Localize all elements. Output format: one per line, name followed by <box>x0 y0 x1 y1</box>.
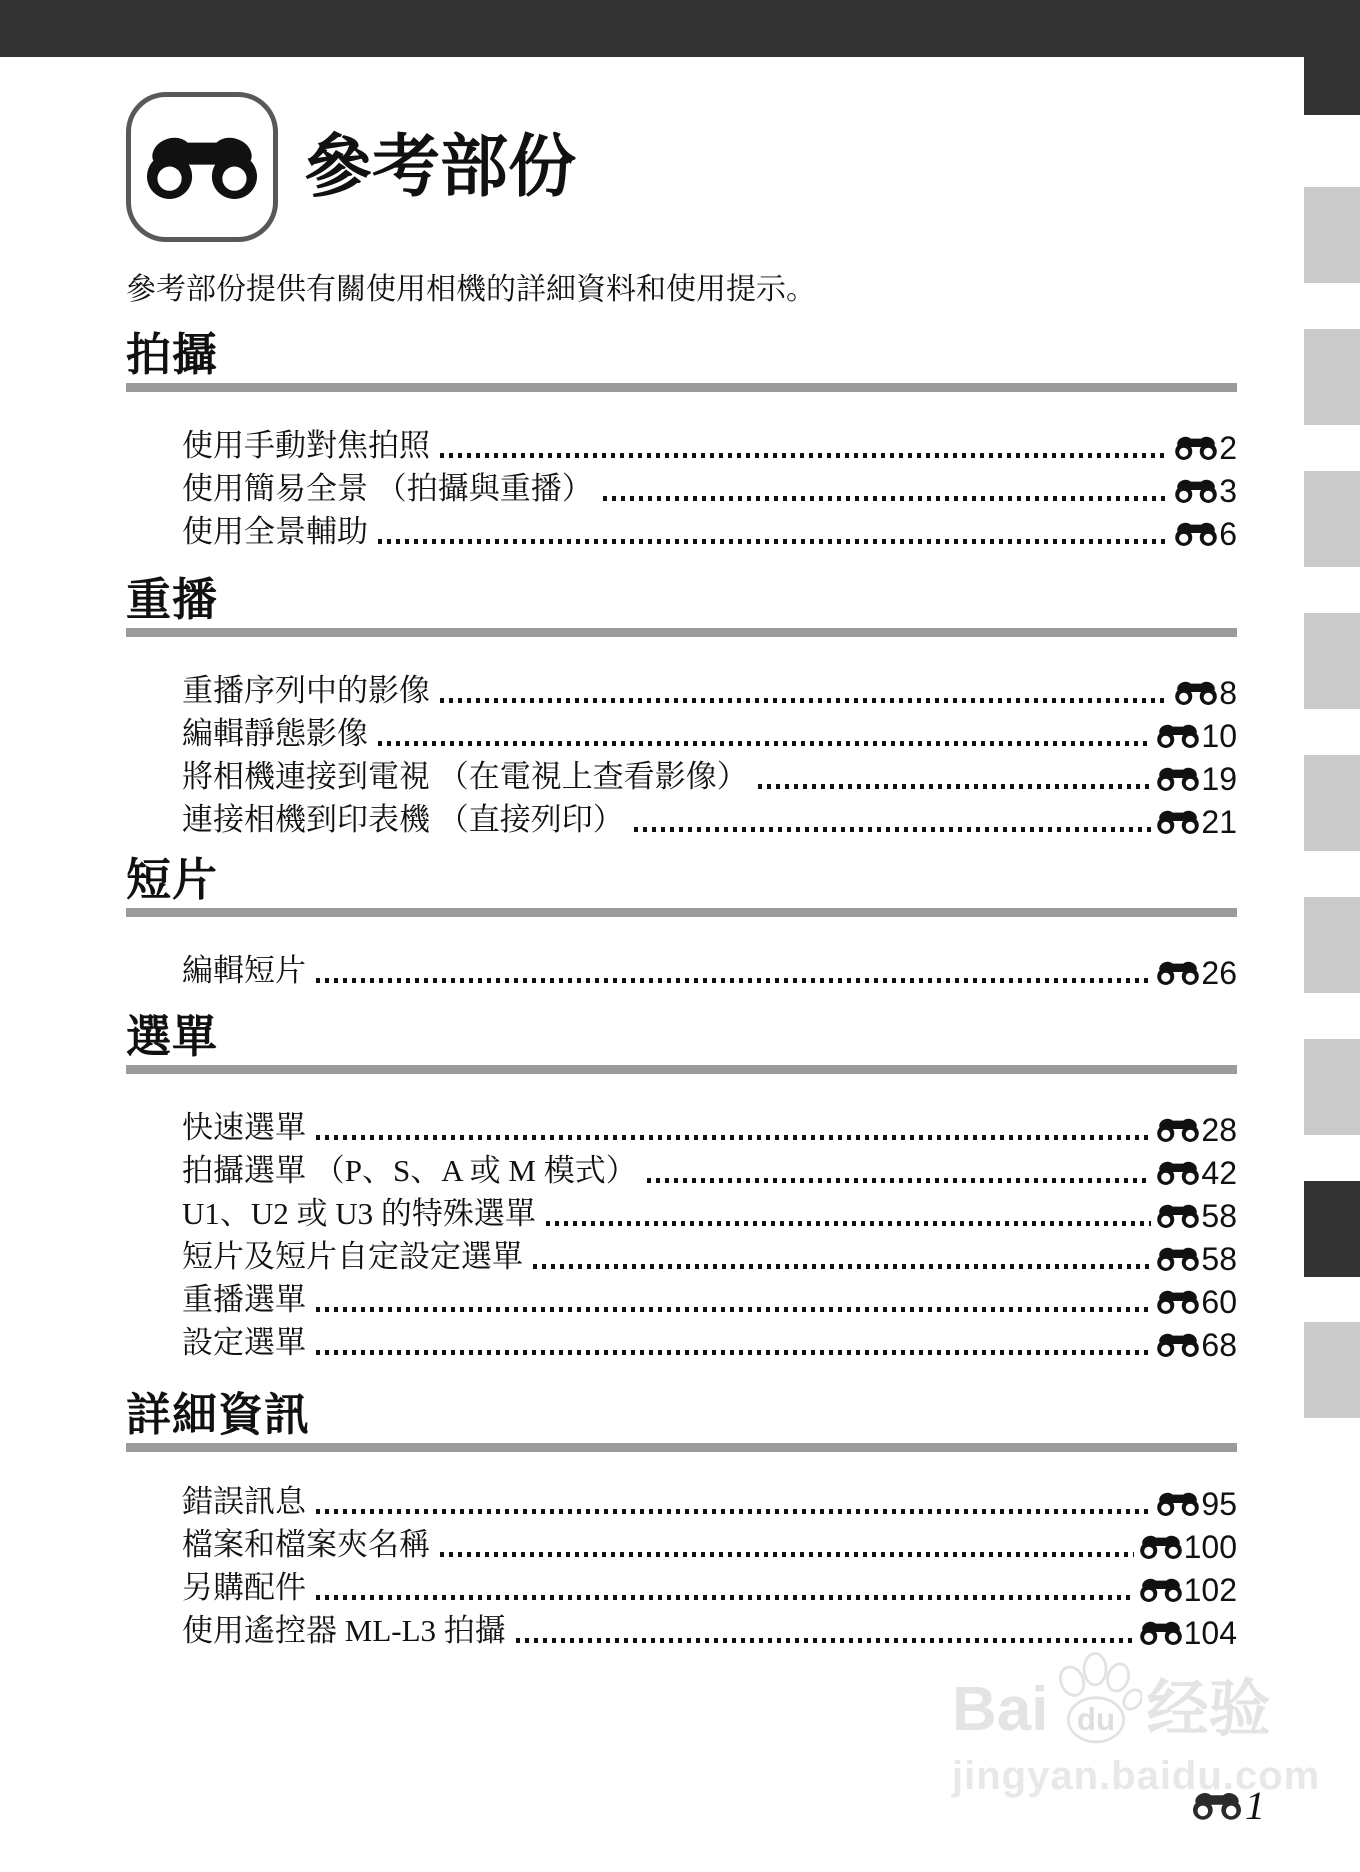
dotted-leader <box>316 1135 1151 1140</box>
toc-section: 拍攝使用手動對焦拍照 2使用簡易全景 （拍攝與重播） 3使用全景輔助 6 <box>126 332 1237 553</box>
toc-entry-label: 連接相機到印表機 （直接列印） <box>182 798 624 841</box>
dotted-leader <box>634 827 1152 832</box>
binoculars-icon <box>1157 723 1199 749</box>
toc-entry-label: 使用遙控器 ML-L3 拍攝 <box>182 1609 506 1652</box>
toc-entry: 快速選單 28 <box>182 1106 1237 1149</box>
dotted-leader <box>440 1552 1134 1557</box>
page-reference: 8 <box>1175 676 1237 712</box>
page-ref-number: 58 <box>1201 1199 1237 1233</box>
toc-entry-label: 使用簡易全景 （拍攝與重播） <box>182 467 593 510</box>
page-ref-number: 58 <box>1201 1242 1237 1276</box>
page-reference: 42 <box>1157 1156 1237 1192</box>
binoculars-icon <box>1157 1491 1199 1517</box>
toc-entry: 錯誤訊息 95 <box>182 1480 1237 1523</box>
toc-entry: 使用全景輔助 6 <box>182 510 1237 553</box>
page-reference: 28 <box>1157 1113 1237 1149</box>
dotted-leader <box>603 496 1169 501</box>
toc-entry: 編輯靜態影像 10 <box>182 712 1237 755</box>
page-reference: 102 <box>1140 1573 1237 1609</box>
section-rule <box>126 383 1237 392</box>
dotted-leader <box>316 978 1151 983</box>
page-header: 參考部份 <box>126 92 1237 242</box>
dotted-leader <box>378 539 1169 544</box>
side-tab <box>1304 471 1360 567</box>
binoculars-icon <box>1140 1620 1182 1646</box>
dotted-leader <box>758 784 1152 789</box>
page-footer-reference: 1 <box>1193 1782 1265 1829</box>
section-rule <box>126 908 1237 917</box>
page-ref-number: 21 <box>1201 805 1237 839</box>
dotted-leader <box>440 698 1169 703</box>
toc-entry: 使用遙控器 ML-L3 拍攝 104 <box>182 1609 1237 1652</box>
section-heading: 短片 <box>126 857 1237 903</box>
toc-sections: 拍攝使用手動對焦拍照 2使用簡易全景 （拍攝與重播） 3使用全景輔助 6重播重播… <box>126 332 1237 1652</box>
toc-entry: 重播序列中的影像 8 <box>182 669 1237 712</box>
toc-entry-label: 使用全景輔助 <box>182 510 368 553</box>
toc-entry: 拍攝選單 （P、S、A 或 M 模式） 42 <box>182 1149 1237 1192</box>
toc-entry-label: 另購配件 <box>182 1566 306 1609</box>
page-ref-number: 104 <box>1184 1616 1237 1650</box>
toc-section: 詳細資訊錯誤訊息 95檔案和檔案夾名稱 100另購配件 102使用遙控器 ML-… <box>126 1392 1237 1652</box>
section-rule <box>126 1443 1237 1452</box>
page-ref-number: 102 <box>1184 1573 1237 1607</box>
binoculars-icon <box>1140 1577 1182 1603</box>
footer-page-number: 1 <box>1245 1782 1265 1829</box>
side-tab <box>1304 1322 1360 1418</box>
binoculars-icon <box>147 133 257 202</box>
toc-entry: 重播選單 60 <box>182 1278 1237 1321</box>
page-reference: 21 <box>1157 805 1237 841</box>
binoculars-icon <box>1175 521 1217 547</box>
baidu-logo-text-mid: du <box>1077 1702 1115 1737</box>
binoculars-icon <box>1157 1117 1199 1143</box>
binoculars-icon <box>1157 1246 1199 1272</box>
side-tab <box>1304 187 1360 283</box>
toc-entries: 使用手動對焦拍照 2使用簡易全景 （拍攝與重播） 3使用全景輔助 6 <box>182 424 1237 553</box>
page-reference: 19 <box>1157 762 1237 798</box>
watermark: Bai du 经验 jingyan.baidu.com <box>952 1660 1320 1796</box>
dotted-leader <box>533 1264 1151 1269</box>
toc-entry-label: 短片及短片自定設定選單 <box>182 1235 523 1278</box>
toc-entry-label: 錯誤訊息 <box>182 1480 306 1523</box>
toc-section: 選單快速選單 28拍攝選單 （P、S、A 或 M 模式） 42U1、U2 或 U… <box>126 1014 1237 1364</box>
footer-binoculars-slot <box>1193 1791 1241 1821</box>
binoculars-icon <box>1175 435 1217 461</box>
baidu-logo-text-right: 经验 <box>1146 1679 1270 1741</box>
paw-icon: du <box>1050 1650 1142 1750</box>
page-reference: 68 <box>1157 1328 1237 1364</box>
toc-entry: 設定選單 68 <box>182 1321 1237 1364</box>
binoculars-icon <box>1157 1203 1199 1229</box>
side-tab <box>1304 897 1360 993</box>
toc-entry: 使用簡易全景 （拍攝與重播） 3 <box>182 467 1237 510</box>
toc-entry-label: 拍攝選單 （P、S、A 或 M 模式） <box>182 1149 637 1192</box>
dotted-leader <box>647 1178 1152 1183</box>
toc-entry-label: 重播選單 <box>182 1278 306 1321</box>
binoculars-icon <box>1157 1160 1199 1186</box>
toc-entry-label: 使用手動對焦拍照 <box>182 424 430 467</box>
baidu-logo-text-left: Bai <box>952 1679 1048 1741</box>
binoculars-icon <box>1193 1791 1241 1821</box>
toc-entry-label: 將相機連接到電視 （在電視上查看影像） <box>182 755 748 798</box>
page-reference: 104 <box>1140 1616 1237 1652</box>
dotted-leader <box>378 741 1151 746</box>
toc-entry-label: 檔案和檔案夾名稱 <box>182 1523 430 1566</box>
side-tab <box>1304 57 1360 115</box>
side-tab <box>1304 329 1360 425</box>
dotted-leader <box>516 1638 1134 1643</box>
toc-entries: 編輯短片 26 <box>182 949 1237 992</box>
toc-entry-label: 編輯短片 <box>182 949 306 992</box>
dotted-leader <box>546 1221 1151 1226</box>
section-heading: 選單 <box>126 1014 1237 1060</box>
page-title: 參考部份 <box>304 133 576 201</box>
toc-entries: 快速選單 28拍攝選單 （P、S、A 或 M 模式） 42U1、U2 或 U3 … <box>182 1106 1237 1364</box>
toc-entry: 檔案和檔案夾名稱 100 <box>182 1523 1237 1566</box>
binoculars-icon <box>1157 1289 1199 1315</box>
toc-entries: 錯誤訊息 95檔案和檔案夾名稱 100另購配件 102使用遙控器 ML-L3 拍… <box>182 1480 1237 1652</box>
section-icon-box <box>126 92 278 242</box>
page-ref-number: 42 <box>1201 1156 1237 1190</box>
page-reference: 60 <box>1157 1285 1237 1321</box>
page-ref-number: 95 <box>1201 1487 1237 1521</box>
page-reference: 95 <box>1157 1487 1237 1523</box>
toc-entry-label: 重播序列中的影像 <box>182 669 430 712</box>
page-content: 參考部份 參考部份提供有關使用相機的詳細資料和使用提示。 拍攝使用手動對焦拍照 … <box>126 57 1237 1652</box>
side-tab <box>1304 755 1360 851</box>
binoculars-icon <box>1157 960 1199 986</box>
page-ref-number: 19 <box>1201 762 1237 796</box>
toc-entry: 連接相機到印表機 （直接列印） 21 <box>182 798 1237 841</box>
toc-entry: 另購配件 102 <box>182 1566 1237 1609</box>
page-reference: 10 <box>1157 719 1237 755</box>
page-ref-number: 60 <box>1201 1285 1237 1319</box>
section-heading: 拍攝 <box>126 332 1237 378</box>
dotted-leader <box>316 1350 1151 1355</box>
toc-entry-label: 編輯靜態影像 <box>182 712 368 755</box>
toc-entries: 重播序列中的影像 8編輯靜態影像 10將相機連接到電視 （在電視上查看影像） 1… <box>182 669 1237 841</box>
page-ref-number: 100 <box>1184 1530 1237 1564</box>
page-reference: 6 <box>1175 517 1237 553</box>
dotted-leader <box>316 1595 1134 1600</box>
side-tab <box>1304 1039 1360 1135</box>
toc-entry: 短片及短片自定設定選單 58 <box>182 1235 1237 1278</box>
toc-entry: 編輯短片 26 <box>182 949 1237 992</box>
binoculars-icon <box>1157 766 1199 792</box>
toc-section: 重播重播序列中的影像 8編輯靜態影像 10將相機連接到電視 （在電視上查看影像）… <box>126 577 1237 841</box>
toc-entry: 將相機連接到電視 （在電視上查看影像） 19 <box>182 755 1237 798</box>
page-reference: 2 <box>1175 431 1237 467</box>
dotted-leader <box>316 1509 1151 1514</box>
page-ref-number: 3 <box>1219 474 1237 508</box>
binoculars-icon <box>1140 1534 1182 1560</box>
manual-page: 參考部份 參考部份提供有關使用相機的詳細資料和使用提示。 拍攝使用手動對焦拍照 … <box>0 0 1360 1872</box>
side-tab <box>1304 1181 1360 1277</box>
toc-entry-label: 設定選單 <box>182 1321 306 1364</box>
page-ref-number: 68 <box>1201 1328 1237 1362</box>
top-bar <box>0 0 1360 57</box>
page-reference: 3 <box>1175 474 1237 510</box>
binoculars-icon <box>1175 478 1217 504</box>
toc-entry-label: U1、U2 或 U3 的特殊選單 <box>182 1192 536 1235</box>
dotted-leader <box>316 1307 1151 1312</box>
page-ref-number: 26 <box>1201 956 1237 990</box>
page-ref-number: 6 <box>1219 517 1237 551</box>
section-heading: 重播 <box>126 577 1237 623</box>
toc-entry-label: 快速選單 <box>182 1106 306 1149</box>
section-rule <box>126 628 1237 637</box>
intro-text: 參考部份提供有關使用相機的詳細資料和使用提示。 <box>126 270 1237 310</box>
page-ref-number: 2 <box>1219 431 1237 465</box>
page-ref-number: 10 <box>1201 719 1237 753</box>
baidu-logo: Bai du 经验 <box>952 1660 1320 1760</box>
side-tab <box>1304 613 1360 709</box>
toc-section: 短片編輯短片 26 <box>126 857 1237 992</box>
binoculars-icon <box>1157 809 1199 835</box>
toc-entry: 使用手動對焦拍照 2 <box>182 424 1237 467</box>
page-reference: 58 <box>1157 1242 1237 1278</box>
section-rule <box>126 1065 1237 1074</box>
toc-entry: U1、U2 或 U3 的特殊選單 58 <box>182 1192 1237 1235</box>
page-reference: 100 <box>1140 1530 1237 1566</box>
page-reference: 58 <box>1157 1199 1237 1235</box>
page-ref-number: 8 <box>1219 676 1237 710</box>
page-reference: 26 <box>1157 956 1237 992</box>
binoculars-icon <box>1157 1332 1199 1358</box>
page-ref-number: 28 <box>1201 1113 1237 1147</box>
dotted-leader <box>440 453 1169 458</box>
binoculars-icon <box>1175 680 1217 706</box>
section-heading: 詳細資訊 <box>126 1392 1237 1438</box>
